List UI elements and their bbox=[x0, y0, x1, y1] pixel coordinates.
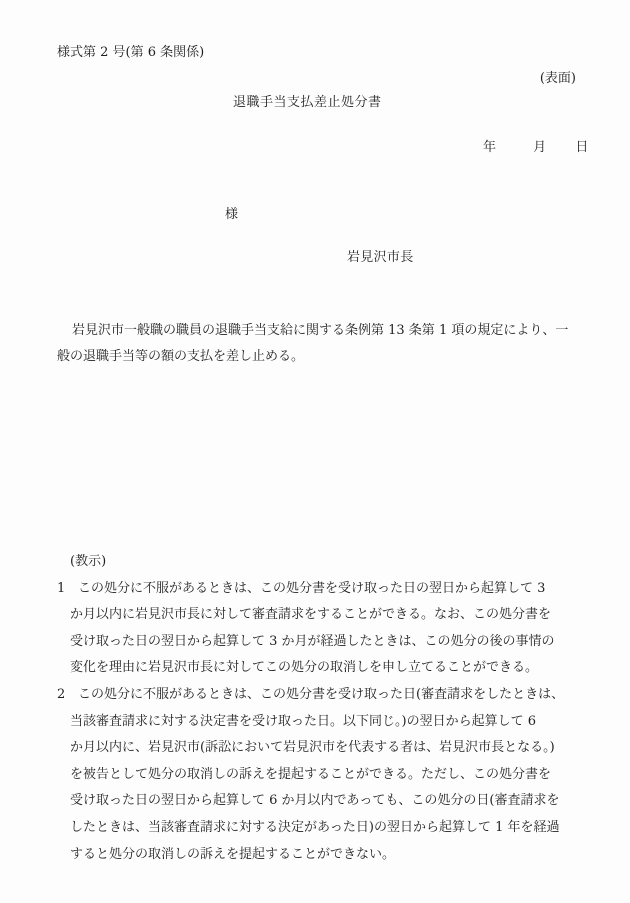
date-month-label: 月 bbox=[533, 140, 546, 155]
notice-line: を被告として処分の取消しの訴えを提起することができる。ただし、この処分書を bbox=[57, 762, 582, 789]
notice-line: すると処分の取消しの訴えを提起することができない。 bbox=[57, 842, 582, 869]
notice-line: 受け取った日の翌日から起算して 6 か月以内であっても、この処分の日(審査請求を bbox=[57, 788, 582, 815]
notice-line: か月以内に、岩見沢市(訴訟において岩見沢市を代表する者は、岩見沢市長となる。) bbox=[57, 735, 582, 762]
date-year-label: 年 bbox=[483, 140, 496, 155]
body-paragraph: 岩見沢市一般職の職員の退職手当支給に関する条例第 13 条第 1 項の規定により… bbox=[57, 318, 577, 370]
notice-line: か月以内に岩見沢市長に対して審査請求をすることができる。なお、この処分書を bbox=[57, 602, 582, 629]
side-label-front: (表面) bbox=[540, 71, 576, 86]
notice-line: 受け取った日の翌日から起算して 3 か月が経過したときは、この処分の後の事情の bbox=[57, 629, 582, 656]
notice-line-text: この処分に不服があるときは、この処分書を受け取った日の翌日から起算して 3 bbox=[78, 581, 545, 596]
notice-line: 変化を理由に岩見沢市長に対してこの処分の取消しを申し立てることができる。 bbox=[57, 655, 582, 682]
addressee-suffix: 様 bbox=[225, 207, 238, 222]
form-number: 様式第 2 号(第 6 条関係) bbox=[57, 45, 204, 60]
date-line: 年 月 日 bbox=[483, 140, 588, 155]
notice-line: 1この処分に不服があるときは、この処分書を受け取った日の翌日から起算して 3 bbox=[57, 576, 582, 603]
notice-line-text: この処分に不服があるときは、この処分書を受け取った日(審査請求をしたときは、 bbox=[78, 687, 564, 702]
issuer-name: 岩見沢市長 bbox=[347, 250, 414, 265]
item-number: 1 bbox=[57, 576, 78, 603]
body-line: 岩見沢市一般職の職員の退職手当支給に関する条例第 13 条第 1 項の規定により… bbox=[57, 318, 577, 344]
item-number: 2 bbox=[57, 682, 78, 709]
body-line: 般の退職手当等の額の支払を差し止める。 bbox=[57, 344, 577, 370]
document-title: 退職手当支払差止処分書 bbox=[233, 95, 382, 110]
notice-line: 当該審査請求に対する決定書を受け取った日。以下同じ。)の翌日から起算して 6 bbox=[57, 709, 582, 736]
document-page: 様式第 2 号(第 6 条関係) (表面) 退職手当支払差止処分書 年 月 日 … bbox=[0, 0, 630, 903]
notice-section: (教示) 1この処分に不服があるときは、この処分書を受け取った日の翌日から起算し… bbox=[57, 549, 582, 868]
notice-line: 2この処分に不服があるときは、この処分書を受け取った日(審査請求をしたときは、 bbox=[57, 682, 582, 709]
date-day-label: 日 bbox=[575, 140, 588, 155]
notice-heading: (教示) bbox=[57, 549, 582, 576]
notice-item-2: 2この処分に不服があるときは、この処分書を受け取った日(審査請求をしたときは、 … bbox=[57, 682, 582, 868]
notice-line: したときは、当該審査請求に対する決定があった日)の翌日から起算して 1 年を経過 bbox=[57, 815, 582, 842]
notice-item-1: 1この処分に不服があるときは、この処分書を受け取った日の翌日から起算して 3 か… bbox=[57, 576, 582, 682]
